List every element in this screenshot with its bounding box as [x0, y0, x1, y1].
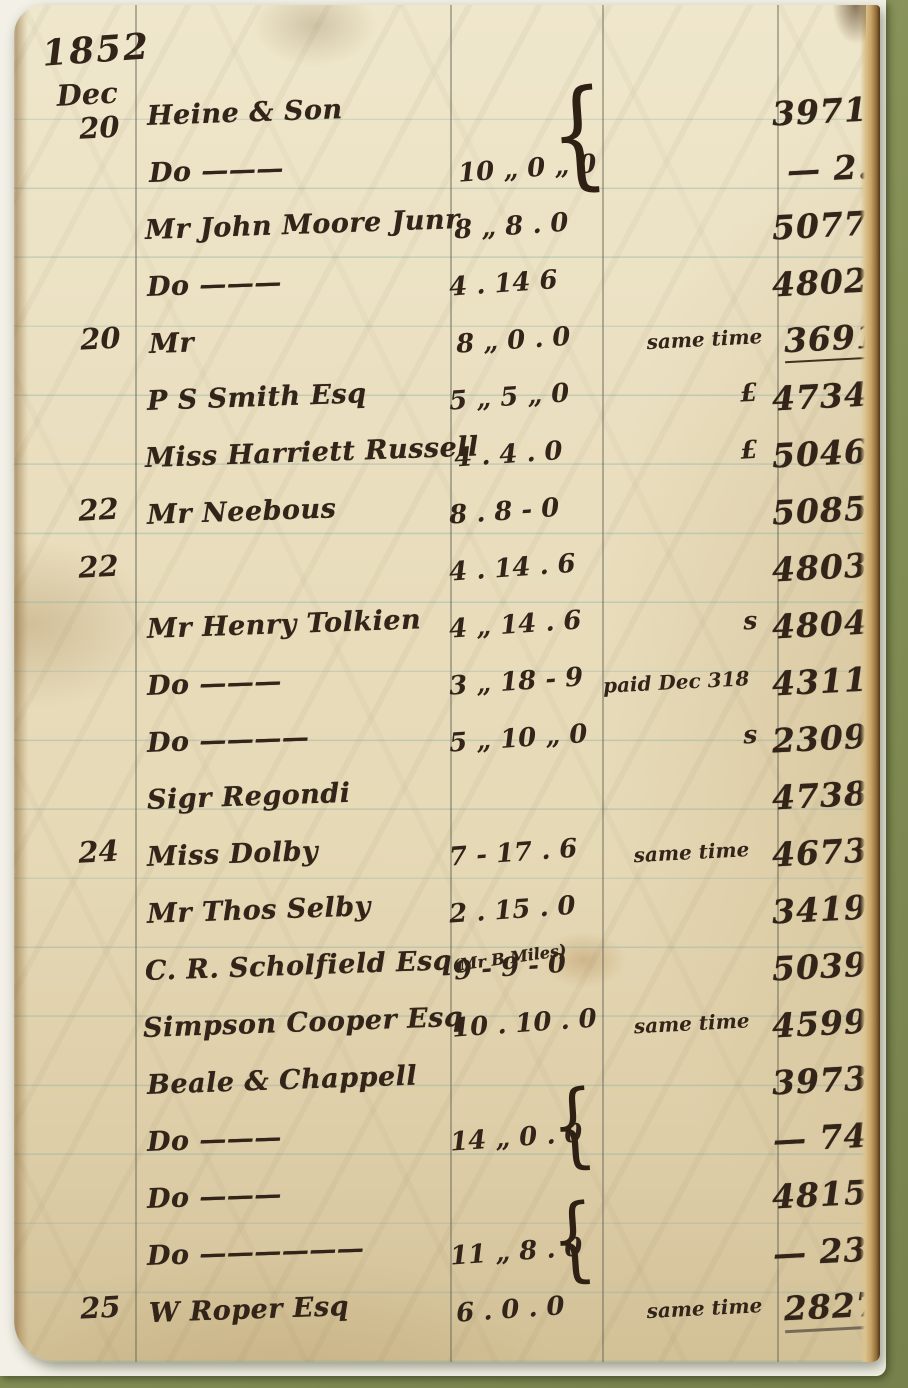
deckled-left-edge [14, 5, 28, 1362]
entry-name: W Roper Esq [134, 1288, 449, 1330]
entry-amount: 11 „ 8 . 0{ [441, 1231, 592, 1271]
entry-amount: 10 . 10 . 0 [443, 1003, 597, 1044]
entry-name: Mr Thos Selby [132, 889, 442, 931]
entry-note [591, 1247, 762, 1256]
entry-note [590, 506, 761, 515]
entry-date [14, 1248, 133, 1254]
ledger-row: Mr John Moore Junr 8 „ 8 . 0 5077. [14, 197, 880, 254]
entry-amount: 5 „ 5 „ 0 [440, 376, 591, 416]
ledger-row: Do ——— 3 „ 18 - 9 paid Dec 318 4311. [14, 653, 880, 710]
entry-name: Mr [134, 319, 449, 361]
entry-date [14, 963, 131, 969]
ledger-rows: Dec 20 Heine & Son 3971. Do ——— 10 „ 0 „… [14, 83, 880, 1337]
ledger-row: Do ——— 4 . 14 6 4802. [14, 254, 880, 311]
entry-name: Mr John Moore Junr [131, 205, 447, 247]
entry-name: P S Smith Esq [132, 376, 442, 418]
entry-amount: 3 „ 18 - 9 [440, 661, 591, 701]
entry-name: Mr Neebous [132, 490, 442, 532]
entry-date [14, 450, 131, 456]
entry-amount [442, 790, 591, 800]
entry-note [590, 905, 761, 914]
ledger-row: 24 Miss Dolby 7 - 17 . 6 same time 4673. [14, 824, 880, 881]
entry-note: £ [592, 435, 762, 473]
ledger-row: 25 W Roper Esq 6 . 0 . 0 same time 2827 [14, 1280, 880, 1337]
entry-amount: 2 . 15 . 0 [440, 889, 591, 929]
entry-date [14, 792, 133, 798]
entry-name: Do ———— [132, 718, 442, 760]
entry-mark: s [743, 606, 759, 636]
entry-amount: 4 . 14 6 [440, 262, 591, 302]
entry-name: Do ——— [132, 1117, 442, 1159]
entry-date [14, 621, 133, 627]
entry-name: Mr Henry Tolkien [132, 604, 442, 646]
ledger-row: 22 4 . 14 . 6 4803. [14, 539, 880, 596]
ledger-row: Miss Harriett Russell 4 . 4 . 0 £ 5046. [14, 425, 880, 482]
entry-name: Simpson Cooper Esq [129, 1003, 445, 1045]
entry-note [591, 1133, 762, 1142]
ledger-row: Simpson Cooper Esq 10 . 10 . 0 same time… [14, 995, 880, 1052]
entry-note: same time [596, 1007, 763, 1040]
entry-note: same time [599, 323, 774, 356]
entry-amount: 7 - 17 . 6 [440, 832, 591, 872]
entry-date [14, 678, 133, 684]
entry-note [590, 563, 761, 572]
entry-date: 22 [14, 547, 134, 587]
entry-date [14, 906, 133, 912]
entry-note [593, 221, 762, 230]
entry-date: 22 [14, 490, 134, 530]
entry-amount: 8 . 8 - 0 [440, 490, 591, 530]
ledger-row: Sigr Regondi 4738. [14, 767, 880, 824]
grouping-brace: { [546, 72, 610, 194]
entry-amount: 4 „ 14 . 6 [440, 604, 591, 644]
entry-amount: 10 „ 0 „ 0{ [449, 148, 603, 189]
entry-amount: 4 . 14 . 6 [440, 547, 591, 587]
year-heading: 1852 [41, 25, 152, 74]
ledger-row: Dec 20 Heine & Son 3971. [14, 83, 880, 140]
entry-amount: 8 „ 8 . 0 [445, 205, 594, 245]
entry-date: 25 [14, 1288, 135, 1328]
grouping-brace: { [548, 1191, 598, 1286]
entry-date: 24 [14, 832, 134, 872]
entry-note [590, 1076, 761, 1085]
entry-note [590, 278, 761, 287]
entry-name: C. R. Scholfield Esq (Mr B Miles) [131, 946, 447, 988]
entry-date [14, 222, 131, 228]
entry-name: Do ——— [132, 1174, 442, 1216]
entry-note [590, 1190, 761, 1199]
entry-date [14, 1191, 133, 1197]
corner-wear [832, 5, 866, 45]
entry-date [14, 1020, 129, 1026]
entry-note: £ [590, 378, 763, 416]
entry-name [132, 547, 442, 589]
ledger-row: 20 Mr 8 „ 0 . 0 same time 3691 [14, 311, 880, 368]
entry-name: Miss Harriett Russell [131, 433, 447, 475]
entry-note [590, 107, 761, 116]
grouping-brace: { [548, 1077, 598, 1172]
entry-amount: 9 - 9 - 0 [445, 946, 594, 986]
entry-mark: £ [739, 378, 758, 408]
entry-note: same time [599, 1292, 774, 1325]
entry-name: Do ——— [132, 661, 442, 703]
ledger-row: Do —————— 11 „ 8 . 0{ — 23. [14, 1223, 880, 1280]
ledger-page: 1852 Dec 20 Heine & Son 3971. Do ——— 10 … [14, 5, 880, 1362]
ledger-row: Do ——— 14 „ 0 . 0{ — 74. [14, 1109, 880, 1166]
entry-amount: 5 „ 10 „ 0 [440, 718, 591, 758]
entry-date [14, 735, 133, 741]
entry-date [14, 279, 133, 285]
entry-note: paid Dec 318 [590, 665, 762, 698]
page-stack-edge [860, 5, 880, 1362]
entry-note [593, 962, 762, 971]
entry-amount: 6 . 0 . 0 [448, 1288, 601, 1328]
entry-date [14, 1134, 133, 1140]
entry-name: Miss Dolby [132, 832, 442, 874]
ledger-row: P S Smith Esq 5 „ 5 „ 0 £ 4734. [14, 368, 880, 425]
entry-date [14, 165, 135, 171]
ledger-row: Beale & Chappell 3973. [14, 1052, 880, 1109]
ledger-row: C. R. Scholfield Esq (Mr B Miles) 9 - 9 … [14, 938, 880, 995]
entry-note: same time [590, 836, 762, 869]
ledger-row: Do ———— 5 „ 10 „ 0 s 2309. [14, 710, 880, 767]
ledger-row: Mr Thos Selby 2 . 15 . 0 3419. [14, 881, 880, 938]
entry-name: Beale & Chappell [132, 1060, 442, 1102]
entry-mark: s [743, 720, 759, 750]
entry-mark: £ [739, 435, 758, 465]
ledger-row: 22 Mr Neebous 8 . 8 - 0 5085. [14, 482, 880, 539]
entry-date [14, 393, 133, 399]
entry-name: Sigr Regondi [132, 775, 442, 817]
ledger-row: Do ——— 10 „ 0 „ 0{ — 2. [14, 140, 880, 197]
entry-date: 20 [14, 319, 135, 359]
entry-date: Dec 20 [14, 74, 134, 148]
entry-name: Heine & Son [132, 91, 442, 133]
entry-date [14, 1077, 133, 1083]
entry-name: Do —————— [132, 1231, 442, 1273]
entry-note: s [590, 720, 763, 758]
entry-note [602, 164, 777, 173]
entry-amount: 8 „ 0 . 0 [448, 319, 601, 359]
entry-note [590, 791, 761, 800]
ledger-row: Do ——— 4815. [14, 1166, 880, 1223]
ledger-row: Mr Henry Tolkien 4 „ 14 . 6 s 4804. [14, 596, 880, 653]
entry-name: Do ——— [132, 262, 442, 304]
entry-name: Do ——— [135, 148, 451, 190]
entry-note: s [590, 606, 763, 644]
entry-amount: 14 „ 0 . 0{ [441, 1117, 592, 1157]
